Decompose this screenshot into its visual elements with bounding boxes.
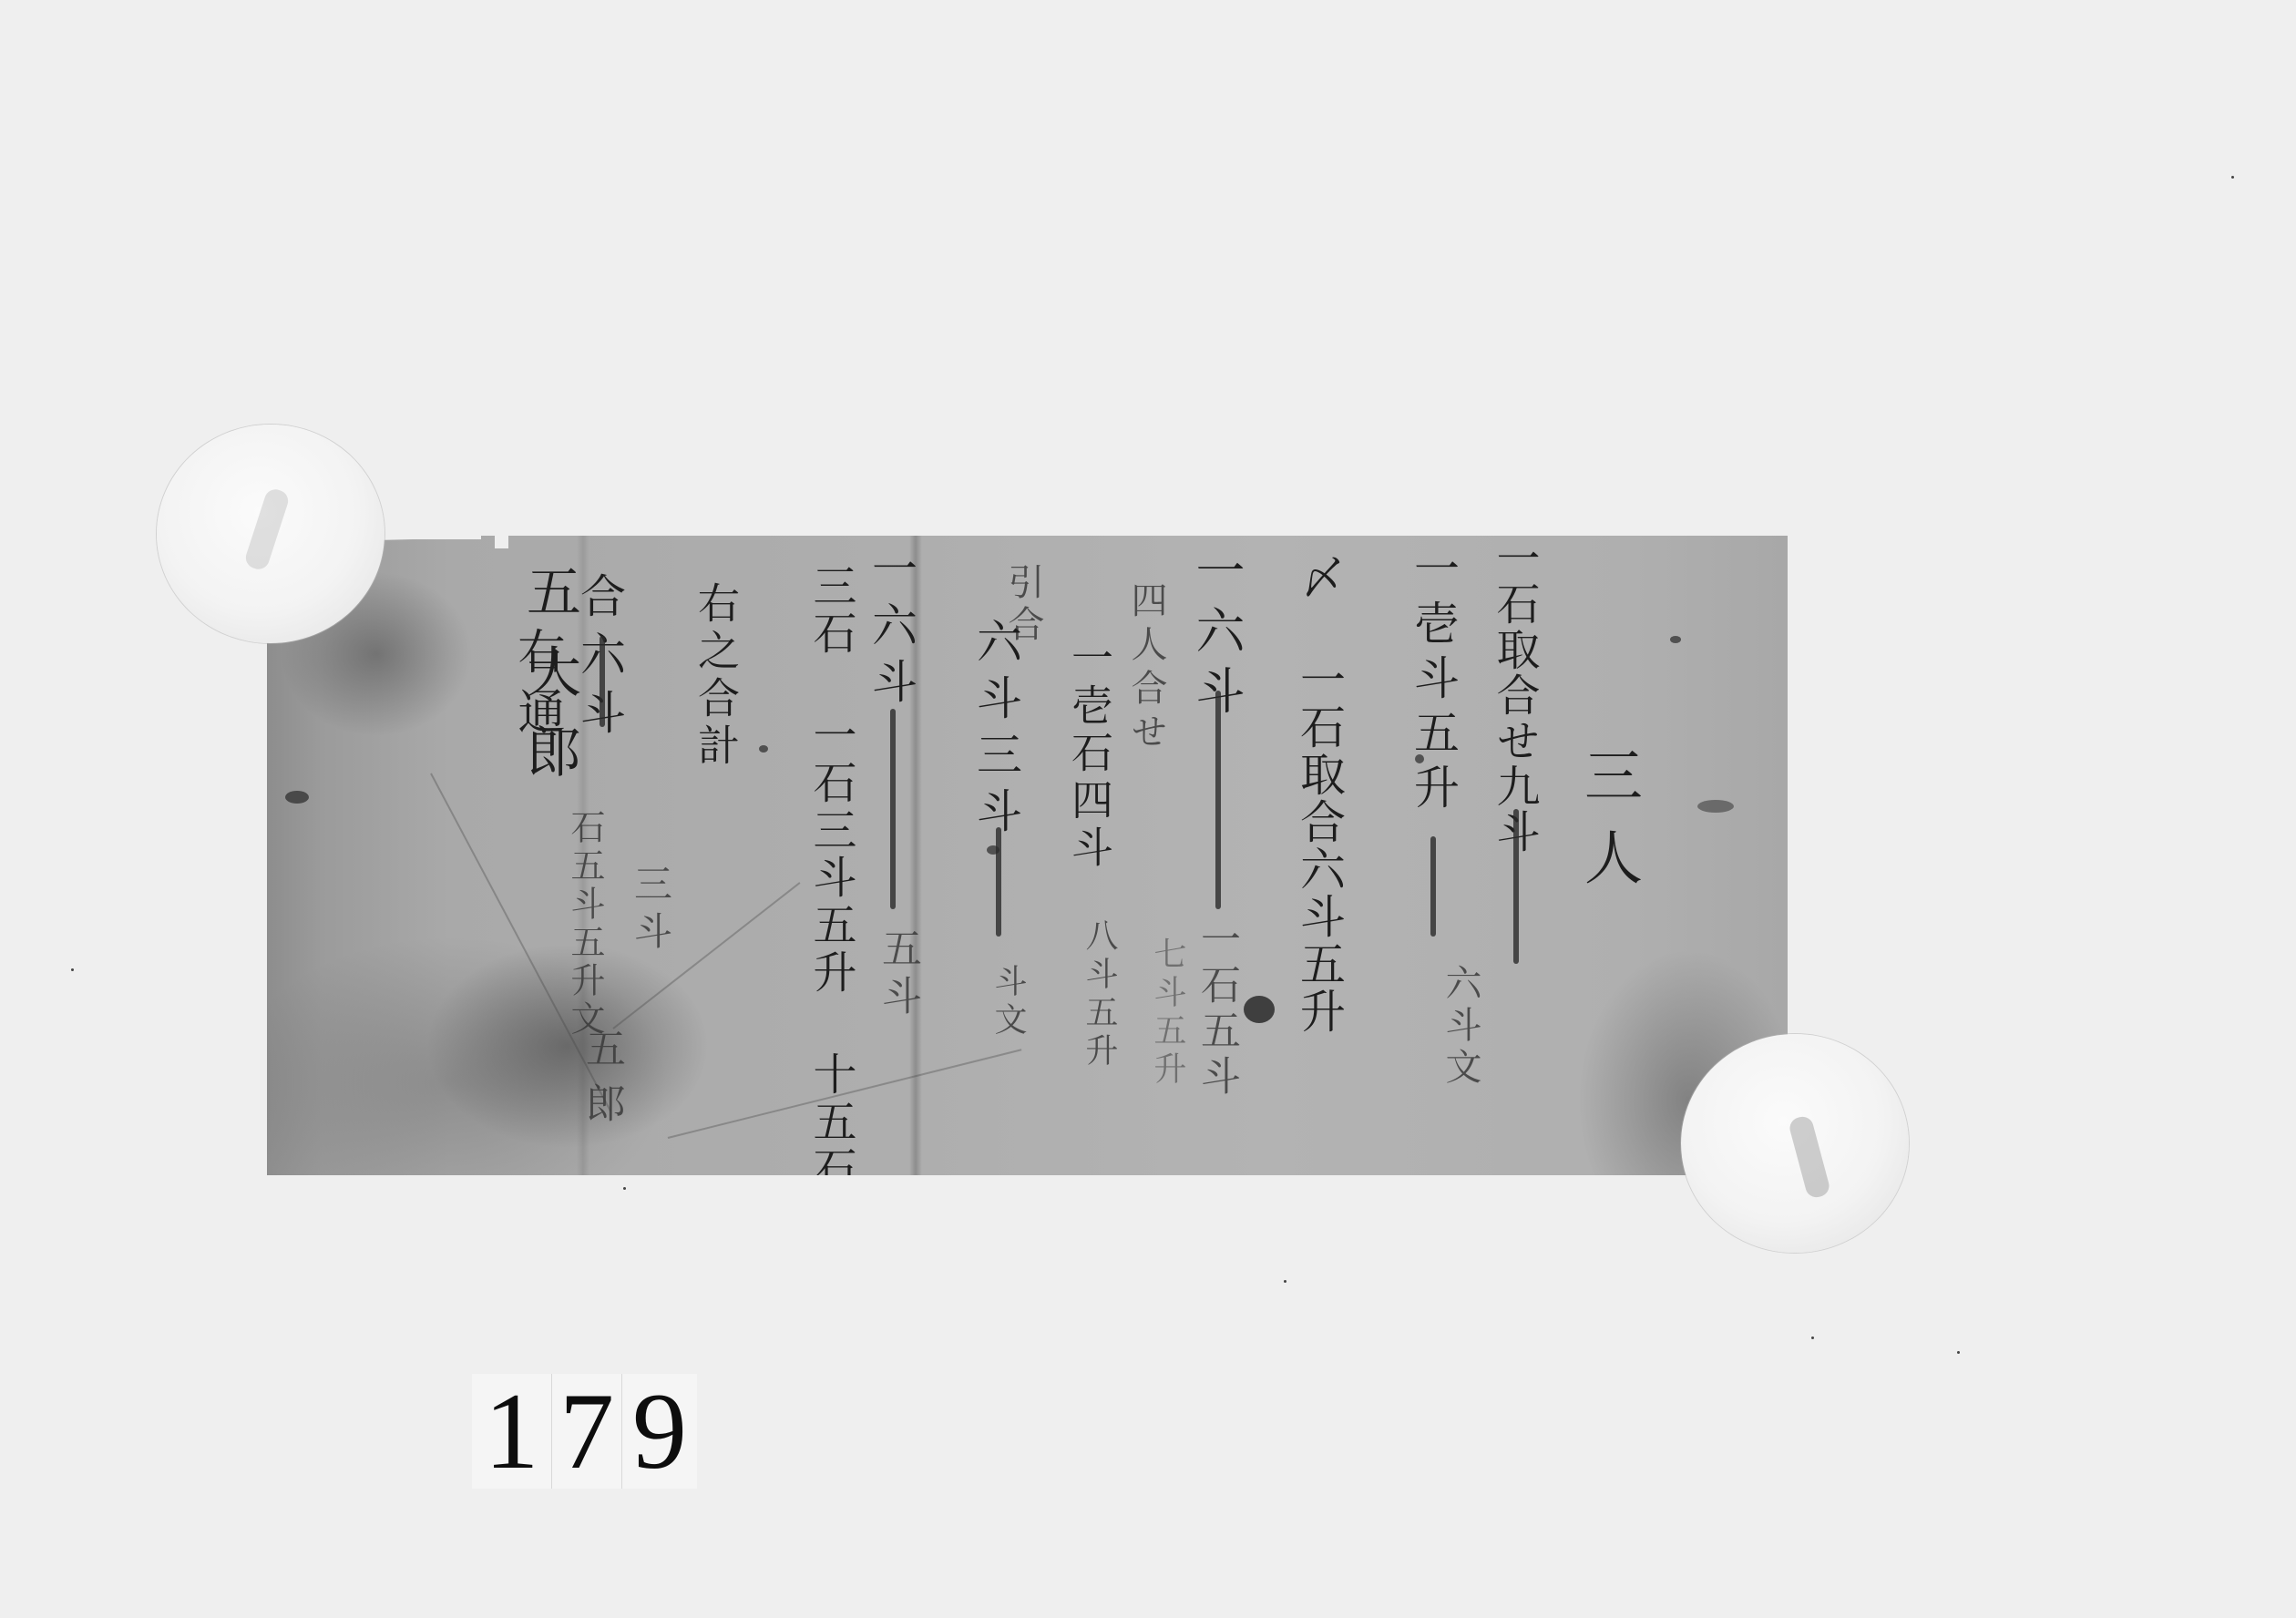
marginal-note: 五斗 — [877, 927, 917, 1022]
text-column: 四人合せ — [1128, 581, 1164, 756]
ink-speck — [1244, 996, 1275, 1023]
text-column: 一壱石四斗 — [1069, 636, 1111, 873]
ink-stroke — [1430, 836, 1436, 937]
marginal-note: 一石五斗 — [1196, 918, 1236, 1101]
text-column: 五大郎 — [522, 563, 577, 804]
text-column: 一石取合せ九斗 — [1492, 536, 1536, 855]
ink-speck — [1670, 636, 1681, 643]
ink-stroke — [1513, 809, 1519, 964]
paper-weight-bottom-right — [1681, 1034, 1909, 1253]
dust-speck — [1811, 1336, 1814, 1339]
weight-mark — [1788, 1114, 1831, 1200]
catalog-digit: 7 — [551, 1374, 621, 1489]
text-column: 六斗三斗 — [973, 618, 1019, 844]
text-column: 三石 一石三斗五升 十五石 — [809, 563, 853, 1193]
catalog-digit: 1 — [472, 1374, 551, 1489]
dust-speck — [1284, 1280, 1286, 1283]
ink-stroke — [890, 709, 896, 909]
text-column: 一六斗 — [868, 545, 914, 714]
document-paper: 三人 一石取合せ九斗 一壱斗五升 六斗文 〆 一石取合六斗五升 一六斗 四人合せ… — [267, 536, 1788, 1175]
ink-stroke — [600, 636, 605, 727]
ink-stroke — [996, 827, 1001, 937]
ink-speck — [759, 745, 768, 753]
ink-speck — [1697, 800, 1734, 813]
catalog-digit: 9 — [621, 1374, 697, 1489]
photo-stage: 三人 一石取合せ九斗 一壱斗五升 六斗文 〆 一石取合六斗五升 一六斗 四人合せ… — [0, 0, 2296, 1618]
dust-speck — [1957, 1351, 1960, 1354]
ink-stroke — [1215, 691, 1221, 909]
marginal-note: 七斗五升 — [1151, 937, 1184, 1090]
marginal-note: 六斗文 — [1442, 964, 1479, 1090]
text-column: 一壱斗五升 — [1410, 545, 1456, 818]
catalog-number-label: 1 7 9 — [472, 1374, 697, 1489]
marginal-note: 五郎 — [581, 1028, 621, 1137]
dust-speck — [2231, 176, 2234, 179]
marginal-note: 斗文 — [991, 964, 1024, 1040]
weight-mark — [243, 486, 292, 572]
dust-speck — [71, 968, 74, 971]
text-column: 三人 — [1579, 745, 1637, 909]
dust-speck — [623, 1187, 626, 1190]
text-column: 〆 一石取合六斗五升 — [1297, 554, 1342, 1035]
ink-speck — [1415, 754, 1424, 763]
ink-speck — [285, 791, 309, 804]
text-column: 右之合計 — [695, 581, 737, 771]
text-column: 三斗 — [631, 864, 670, 958]
marginal-note: 八斗五升 — [1082, 918, 1115, 1071]
marginal-note: 石五斗五升文 — [568, 809, 602, 1039]
ink-speck — [987, 845, 999, 855]
paper-weight-top-left — [157, 425, 384, 643]
